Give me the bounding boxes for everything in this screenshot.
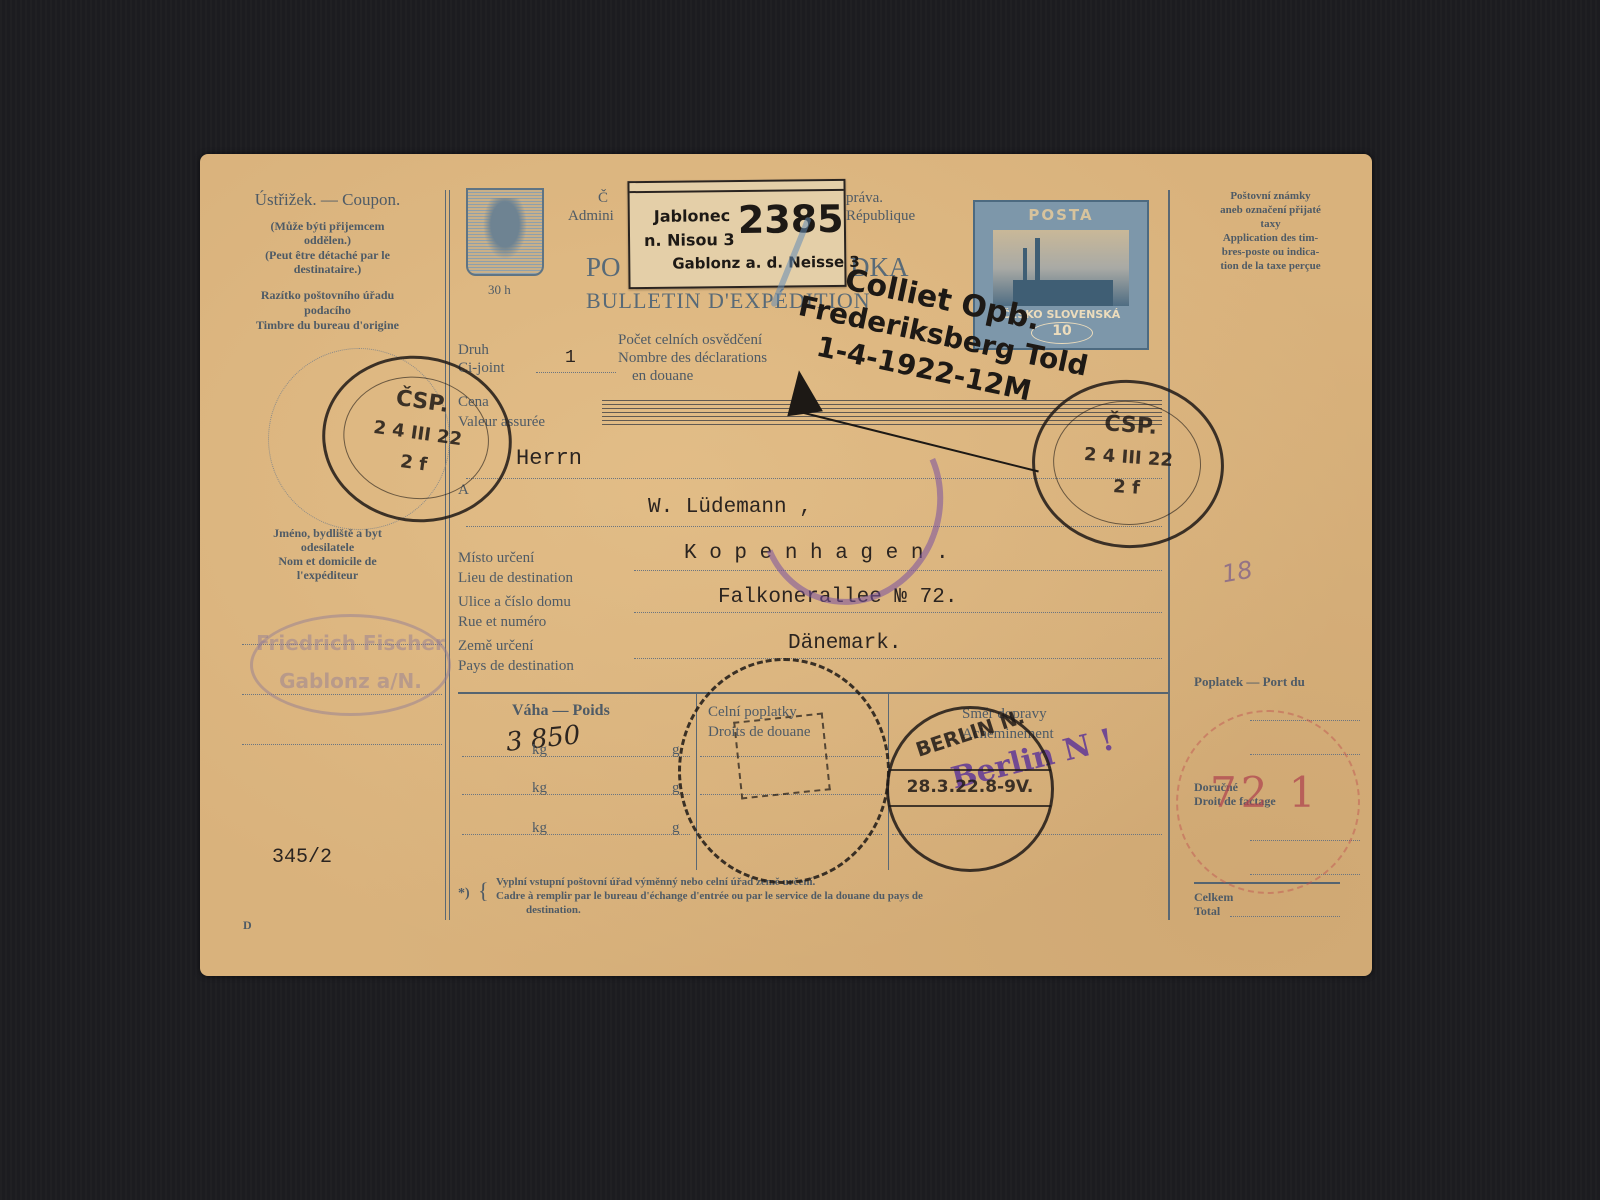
origin-stamp-label-2: podacího: [220, 303, 435, 318]
druh-line: [536, 372, 616, 373]
pencil-note: 18: [1220, 556, 1255, 589]
kg-unit-2: kg: [532, 780, 547, 797]
total-label-2: Total: [1194, 904, 1220, 919]
form-letter: D: [243, 918, 252, 933]
declarations-label-3: en douane: [632, 368, 693, 385]
country-line: [634, 658, 1162, 659]
coupon-divider-2: [449, 190, 450, 920]
admin-line-1: Č: [598, 190, 608, 207]
declarations-label-2: Nombre des déclarations: [618, 350, 767, 367]
reg-office-1: Jablonec: [654, 206, 731, 226]
druh-label: Druh: [458, 342, 489, 359]
weight-line-2: [462, 794, 690, 795]
reg-office-de: Gablonz a. d. Neisse 3: [672, 253, 860, 273]
admin-line-2-right: République: [846, 208, 915, 225]
coupon-note-4: destinataire.): [220, 262, 435, 277]
street-label: Ulice a číslo domu: [458, 594, 571, 611]
total-line: [1230, 916, 1340, 917]
stamp-top-text: POSTA: [981, 206, 1141, 224]
kg-unit-3: kg: [532, 820, 547, 837]
sender-label-2: odesilatele: [220, 540, 435, 555]
berlin-date: 28.3.22.8-9V.: [889, 777, 1051, 797]
customs-postmark: [678, 658, 890, 884]
coat-of-arms-icon: [466, 188, 544, 276]
admin-line-1-right: práva.: [846, 190, 883, 207]
country-value: Dänemark.: [788, 632, 901, 655]
sender-stamp-name: Friedrich Fischer: [253, 631, 448, 655]
weight-line-3: [462, 834, 690, 835]
coupon-title: Ústřižek. — Coupon.: [220, 190, 435, 210]
origin-stamp-label: Razítko poštovního úřadu: [220, 288, 435, 303]
stamp-box-note-2: aneb označení přijaté: [1178, 204, 1363, 216]
registration-label: Jablonec n. Nisou 3 2385 Gablonz a. d. N…: [627, 179, 846, 289]
admin-line-2: Admini: [568, 208, 614, 225]
country-label-2: Pays de destination: [458, 658, 574, 675]
berlin-postmark: BERLIN N. 28.3.22.8-9V.: [886, 706, 1054, 872]
druh-value: 1: [565, 348, 576, 368]
customs-inner-box: [733, 713, 831, 800]
street-line: [634, 612, 1162, 613]
sender-label: Jméno, bydliště a byt: [220, 526, 435, 541]
sender-line-3: [242, 744, 442, 745]
port-label: Poplatek — Port du: [1194, 674, 1305, 690]
coupon-note: (Může býti přijemcem: [220, 219, 435, 234]
stamp-box-note-3: taxy: [1178, 218, 1363, 230]
origin-stamp-label-3: Timbre du bureau d'origine: [220, 318, 435, 333]
destination-label: Místo určení: [458, 550, 534, 567]
sender-label-4: l'expéditeur: [220, 568, 435, 583]
footnote-mark: *): [458, 886, 470, 902]
sender-label-3: Nom et domicile de: [220, 554, 435, 569]
sender-stamp-town: Gablonz a/N.: [253, 669, 448, 693]
weight-line: [462, 756, 690, 757]
reg-office-2: n. Nisou 3: [644, 230, 735, 250]
red-fee-number: 72 1: [1210, 768, 1320, 817]
sender-oval-stamp: Friedrich Fischer Gablonz a/N.: [250, 614, 451, 716]
registration-number: 2385: [738, 197, 844, 242]
destination-label-2: Lieu de destination: [458, 570, 573, 587]
total-label: Celkem: [1194, 890, 1233, 905]
g-unit-3: g: [672, 820, 680, 837]
cachet-arrow-icon: [781, 368, 823, 417]
footnote-brace: {: [478, 878, 489, 904]
footnote-line-2: Cadre à remplir par le bureau d'échange …: [496, 890, 923, 902]
weight-label: Váha — Poids: [512, 702, 610, 720]
footnote-line-3: destination.: [526, 904, 581, 916]
coupon-divider: [445, 190, 446, 920]
coat-value: 30 h: [488, 282, 511, 298]
castle-icon: [993, 230, 1129, 306]
coupon-note-3: (Peut être détaché par le: [220, 248, 435, 263]
berlin-name: BERLIN N.: [889, 697, 1050, 770]
addressee-salutation: Herrn: [516, 446, 582, 471]
stamp-box-note-5: bres-poste ou indica-: [1178, 246, 1363, 258]
coupon-note-2: oddělen.): [220, 233, 435, 248]
parcel-card: Ústřižek. — Coupon. (Může býti přijemcem…: [200, 154, 1372, 976]
stamp-box-note: Poštovní známky: [1178, 190, 1363, 202]
stamp-box-note-6: tion de la taxe perçue: [1178, 260, 1363, 272]
reference-number: 345/2: [272, 846, 332, 869]
title-cz: PO: [586, 252, 621, 283]
street-label-2: Rue et numéro: [458, 614, 546, 631]
declarations-label: Počet celních osvědčení: [618, 332, 762, 349]
kg-unit: kg: [532, 742, 547, 759]
fee-divider: [1168, 190, 1170, 920]
country-label: Země určení: [458, 638, 533, 655]
stamp-box-note-4: Application des tim-: [1178, 232, 1363, 244]
